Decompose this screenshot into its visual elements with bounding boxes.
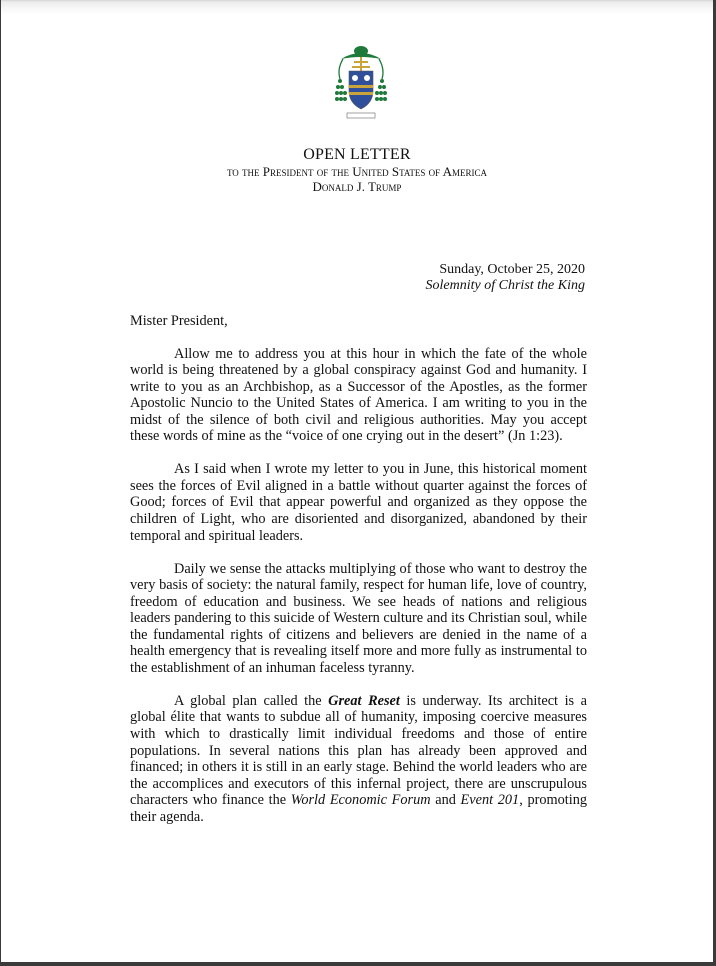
letter-title: OPEN LETTER xyxy=(1,145,713,164)
paragraph-2: As I said when I wrote my letter to you … xyxy=(130,461,587,544)
letter-body: Mister President, Allow me to address yo… xyxy=(130,313,587,842)
dateline: Sunday, October 25, 2020 Solemnity of Ch… xyxy=(426,262,585,294)
letter-heading: OPEN LETTER to the President of the Unit… xyxy=(1,145,713,194)
wef-emphasis: World Economic Forum xyxy=(291,792,431,808)
document-page: OPEN LETTER to the President of the Unit… xyxy=(1,0,713,962)
coat-of-arms-icon xyxy=(331,43,391,123)
recipient-line: to the President of the United States of… xyxy=(1,164,713,179)
paragraph-3: Daily we sense the attacks multiplying o… xyxy=(130,561,587,677)
paragraph-1: Allow me to address you at this hour in … xyxy=(130,346,587,445)
page-top-shadow xyxy=(1,0,713,16)
paragraph-4: A global plan called the Great Reset is … xyxy=(130,693,587,825)
letter-date: Sunday, October 25, 2020 xyxy=(426,262,585,278)
paragraph-4-text: A global plan called the xyxy=(174,693,328,709)
salutation: Mister President, xyxy=(130,313,587,330)
paragraph-4-text: and xyxy=(431,792,461,808)
recipient-name: Donald J. Trump xyxy=(1,179,713,194)
great-reset-emphasis: Great Reset xyxy=(328,693,400,709)
paragraph-4-text: is underway. Its architect is a global é… xyxy=(130,693,587,808)
feast-day: Solemnity of Christ the King xyxy=(426,278,585,294)
event-201-emphasis: Event 201, xyxy=(461,792,523,808)
